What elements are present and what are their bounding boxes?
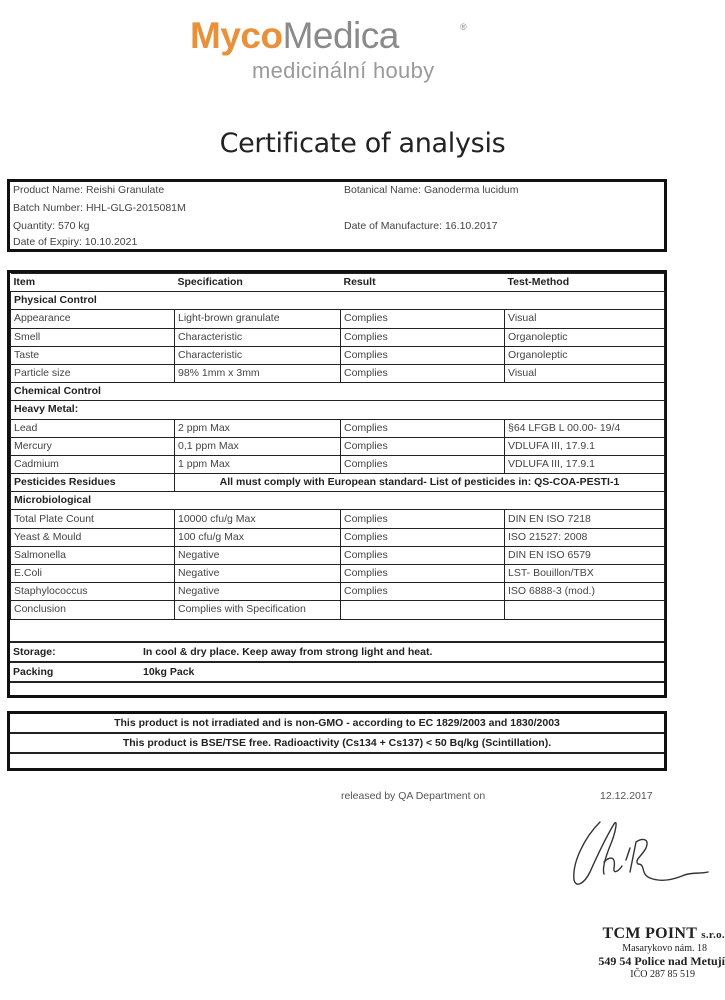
table-cell: VDLUFA III, 17.9.1 [505, 437, 665, 455]
batch-number: Batch Number: HHL-GLG-2015081M [13, 202, 186, 214]
table-cell: ISO 6888-3 (mod.) [505, 583, 665, 601]
table-cell: DIN EN ISO 6579 [505, 546, 665, 564]
table-cell: LST- Bouillon/TBX [505, 565, 665, 583]
table-cell: 1 ppm Max [175, 455, 341, 473]
expiry-date: Date of Expiry: 10.10.2021 [13, 236, 137, 248]
table-cell: Complies [341, 583, 505, 601]
table-cell: Characteristic [175, 328, 341, 346]
table-cell: 0,1 ppm Max [175, 437, 341, 455]
statements-box: This product is not irradiated and is no… [7, 711, 667, 771]
storage-packing: Storage: In cool & dry place. Keep away … [10, 641, 664, 683]
section-row: Heavy Metal: [11, 401, 665, 419]
table-row: Cadmium1 ppm MaxCompliesVDLUFA III, 17.9… [11, 455, 665, 473]
company-stamp: TCM POINT s.r.o. Masarykovo nám. 18 549 … [545, 925, 725, 980]
statement-gmo: This product is not irradiated and is no… [10, 714, 664, 734]
analysis-table-box: ItemSpecificationResultTest-MethodPhysic… [7, 270, 667, 698]
stamp-company: TCM POINT [603, 925, 697, 942]
table-row: StaphylococcusNegativeCompliesISO 6888-3… [11, 583, 665, 601]
table-cell [341, 601, 505, 619]
table-cell: Organoleptic [505, 346, 665, 364]
table-cell: Organoleptic [505, 328, 665, 346]
table-cell: Negative [175, 546, 341, 564]
table-cell: All must comply with European standard- … [175, 474, 665, 492]
table-cell: Mercury [11, 437, 175, 455]
table-cell: Complies [341, 346, 505, 364]
table-cell: Negative [175, 583, 341, 601]
manufacture-date: Date of Manufacture: 16.10.2017 [344, 220, 498, 232]
release-label: released by QA Department on [341, 790, 485, 802]
product-info-box: Product Name: Reishi Granulate Batch Num… [7, 179, 667, 252]
section-row: Chemical Control [11, 383, 665, 401]
packing-value: 10kg Pack [143, 663, 194, 681]
table-cell: Conclusion [11, 601, 175, 619]
table-cell: Complies [341, 528, 505, 546]
table-cell: Taste [11, 346, 175, 364]
table-cell: 2 ppm Max [175, 419, 341, 437]
table-cell: Heavy Metal: [11, 401, 665, 419]
table-row: TasteCharacteristicCompliesOrganoleptic [11, 346, 665, 364]
table-cell: 100 cfu/g Max [175, 528, 341, 546]
table-row: E.ColiNegativeCompliesLST- Bouillon/TBX [11, 565, 665, 583]
table-cell: E.Coli [11, 565, 175, 583]
table-cell: Physical Control [11, 292, 665, 310]
table-cell: Test-Method [505, 274, 665, 292]
table-row: SmellCharacteristicCompliesOrganoleptic [11, 328, 665, 346]
storage-row: Storage: In cool & dry place. Keep away … [10, 641, 664, 663]
table-cell: VDLUFA III, 17.9.1 [505, 455, 665, 473]
table-cell: Staphylococcus [11, 583, 175, 601]
table-row: SalmonellaNegativeCompliesDIN EN ISO 657… [11, 546, 665, 564]
table-cell: DIN EN ISO 7218 [505, 510, 665, 528]
product-name: Product Name: Reishi Granulate [13, 184, 164, 196]
table-cell: Complies [341, 546, 505, 564]
table-row: ConclusionComplies with Specification [11, 601, 665, 619]
table-cell: Light-brown granulate [175, 310, 341, 328]
table-cell: Complies [341, 437, 505, 455]
table-cell: Total Plate Count [11, 510, 175, 528]
botanical-name: Botanical Name: Ganoderma lucidum [344, 184, 519, 196]
packing-row: Packing 10kg Pack [10, 663, 664, 683]
section-row: Physical Control [11, 292, 665, 310]
table-cell: Complies [341, 455, 505, 473]
storage-label: Storage: [13, 643, 56, 661]
table-row: Lead2 ppm MaxComplies§64 LFGB L 00.00- 1… [11, 419, 665, 437]
release-date: 12.12.2017 [600, 790, 653, 802]
table-cell: Smell [11, 328, 175, 346]
table-cell: Complies [341, 510, 505, 528]
table-cell: Microbiological [11, 492, 665, 510]
table-cell: Salmonella [11, 546, 175, 564]
table-row: Total Plate Count10000 cfu/g MaxComplies… [11, 510, 665, 528]
table-cell: Negative [175, 565, 341, 583]
logo-tagline: medicinální houby [252, 58, 434, 84]
section-row: Microbiological [11, 492, 665, 510]
table-cell: Pesticides Residues [11, 474, 175, 492]
table-cell: §64 LFGB L 00.00- 19/4 [505, 419, 665, 437]
table-cell: Appearance [11, 310, 175, 328]
table-cell: Cadmium [11, 455, 175, 473]
signature-icon [560, 812, 725, 892]
table-cell [505, 601, 665, 619]
stamp-company-suffix: s.r.o. [701, 929, 725, 941]
logo-myco: Myco [190, 15, 283, 56]
table-cell: Item [11, 274, 175, 292]
table-cell: Complies [341, 364, 505, 382]
table-cell: Visual [505, 364, 665, 382]
table-row: Yeast & Mould100 cfu/g MaxCompliesISO 21… [11, 528, 665, 546]
table-row: AppearanceLight-brown granulateCompliesV… [11, 310, 665, 328]
analysis-table: ItemSpecificationResultTest-MethodPhysic… [10, 273, 665, 620]
table-cell: Visual [505, 310, 665, 328]
table-cell: Complies with Specification [175, 601, 341, 619]
table-cell: Chemical Control [11, 383, 665, 401]
table-cell: Characteristic [175, 346, 341, 364]
table-cell: Particle size [11, 364, 175, 382]
table-cell: Result [341, 274, 505, 292]
table-row: Particle size98% 1mm x 3mmCompliesVisual [11, 364, 665, 382]
table-cell: 10000 cfu/g Max [175, 510, 341, 528]
table-cell: Complies [341, 310, 505, 328]
table-cell: Complies [341, 565, 505, 583]
logo-medica: Medica [283, 15, 399, 56]
table-cell: 98% 1mm x 3mm [175, 364, 341, 382]
table-cell: Complies [341, 419, 505, 437]
stamp-street: Masarykovo nám. 18 [545, 943, 725, 954]
table-cell: Lead [11, 419, 175, 437]
quantity: Quantity: 570 kg [13, 220, 89, 232]
logo-wordmark: MycoMedica [190, 14, 399, 58]
table-cell: ISO 21527: 2008 [505, 528, 665, 546]
table-cell: Complies [341, 328, 505, 346]
table-cell: Yeast & Mould [11, 528, 175, 546]
pesticides-row: Pesticides ResiduesAll must comply with … [11, 474, 665, 492]
table-row: Mercury0,1 ppm MaxCompliesVDLUFA III, 17… [11, 437, 665, 455]
registered-mark: ® [460, 22, 467, 32]
table-header-row: ItemSpecificationResultTest-Method [11, 274, 665, 292]
document-title: Certificate of analysis [0, 128, 725, 159]
mycomedica-logo: MycoMedica ® medicinální houby [190, 14, 490, 89]
storage-value: In cool & dry place. Keep away from stro… [143, 643, 432, 661]
stamp-ico: IČO 287 85 519 [545, 969, 725, 980]
table-cell: Specification [175, 274, 341, 292]
statement-bse: This product is BSE/TSE free. Radioactiv… [10, 734, 664, 754]
packing-label: Packing [13, 663, 53, 681]
stamp-city: 549 54 Police nad Metují [545, 954, 725, 969]
